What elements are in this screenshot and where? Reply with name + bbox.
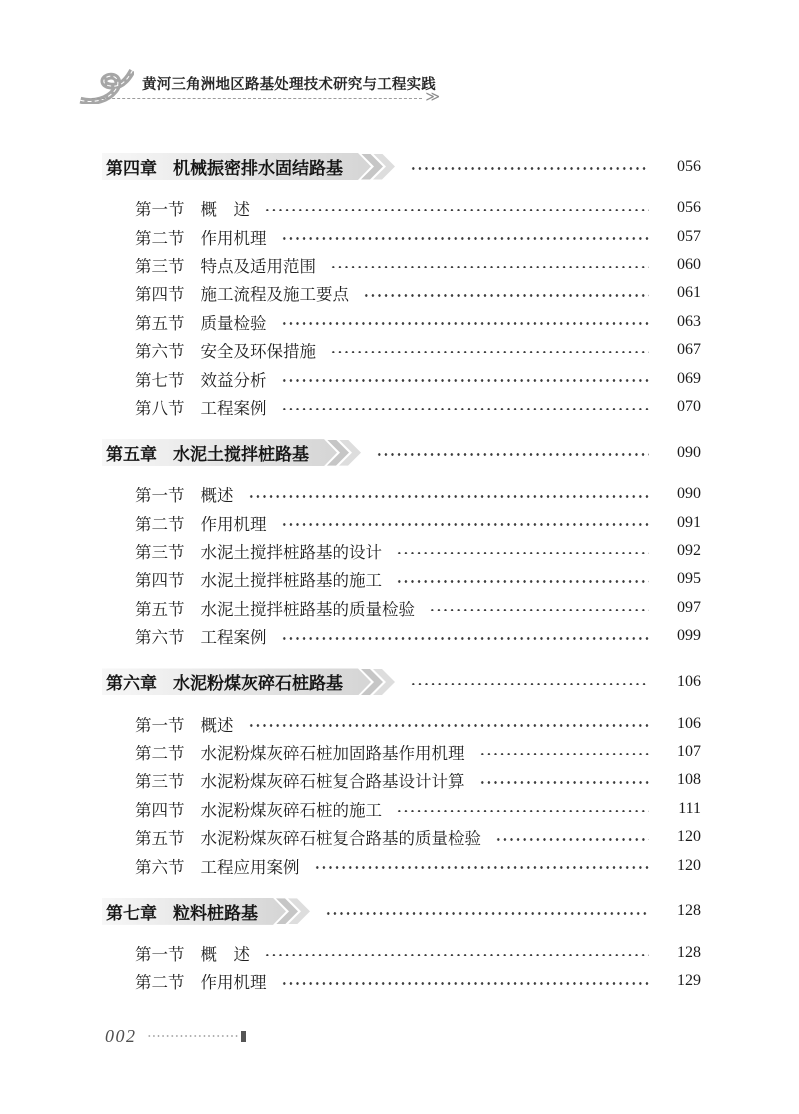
section-entry: 第一节 概 述 128 <box>102 939 701 967</box>
section-entry: 第一节 概 述 056 <box>102 194 701 222</box>
section-number: 第三节 <box>135 768 185 792</box>
section-title: 质量检验 <box>201 310 267 334</box>
page-header: 黄河三角洲地区路基处理技术研究与工程实践 ≫ <box>0 64 799 114</box>
dotted-leader <box>396 810 649 813</box>
section-page-number: 092 <box>659 542 701 560</box>
section-title: 水泥粉煤灰碎石桩加固路基作用机理 <box>201 740 465 764</box>
toc: 第四章 机械振密排水固结路基 056 第一节 概 述 056 第二节 作用机理 … <box>0 114 799 996</box>
chapter-block: 第四章 机械振密排水固结路基 056 第一节 概 述 056 第二节 作用机理 … <box>102 153 701 421</box>
section-page-number: 090 <box>659 485 701 503</box>
chapter-entry: 第四章 机械振密排水固结路基 056 <box>102 153 701 180</box>
double-chevron-icon: ≫ <box>425 89 440 105</box>
section-number: 第一节 <box>135 196 185 220</box>
chapter-number: 第五章 <box>106 440 157 465</box>
section-entry: 第四节 水泥粉煤灰碎石桩的施工 111 <box>102 795 701 823</box>
dotted-leader <box>325 912 649 915</box>
section-title: 水泥粉煤灰碎石桩的施工 <box>201 797 383 821</box>
section-number: 第二节 <box>135 740 185 764</box>
section-title: 概 述 <box>201 941 251 965</box>
chapter-block: 第七章 粒料桩路基 128 第一节 概 述 128 第二节 作用机理 129 <box>102 898 701 996</box>
section-number: 第一节 <box>135 712 185 736</box>
section-page-number: 120 <box>659 828 701 846</box>
dotted-leader <box>410 167 649 170</box>
folio-dotted-rule <box>147 1035 239 1037</box>
dotted-leader <box>281 637 650 640</box>
section-title: 水泥土搅拌桩路基的设计 <box>201 539 383 563</box>
dotted-leader <box>281 237 650 240</box>
section-page-number: 120 <box>659 857 701 875</box>
section-number: 第六节 <box>135 338 185 362</box>
section-title: 水泥土搅拌桩路基的质量检验 <box>201 596 416 620</box>
section-page-number: 091 <box>659 514 701 532</box>
dotted-leader <box>396 580 649 583</box>
chapter-page-number: 090 <box>659 444 701 462</box>
chapter-number: 第六章 <box>106 669 157 694</box>
section-number: 第六节 <box>135 854 185 878</box>
section-page-number: 128 <box>659 944 701 962</box>
dotted-leader <box>281 982 650 985</box>
section-number: 第二节 <box>135 225 185 249</box>
section-entry: 第二节 作用机理 091 <box>102 509 701 537</box>
chapter-band: 第四章 机械振密排水固结路基 <box>102 153 371 180</box>
section-title: 概 述 <box>201 196 251 220</box>
section-entry: 第六节 工程应用案例 120 <box>102 851 701 879</box>
chapter-title: 机械振密排水固结路基 <box>173 154 343 179</box>
section-page-number: 107 <box>659 743 701 761</box>
section-entry: 第三节 水泥粉煤灰碎石桩复合路基设计计算 108 <box>102 766 701 794</box>
section-number: 第六节 <box>135 624 185 648</box>
section-list: 第一节 概述 106 第二节 水泥粉煤灰碎石桩加固路基作用机理 107 第三节 … <box>102 709 701 879</box>
section-title: 概述 <box>201 482 234 506</box>
dotted-leader <box>264 209 649 212</box>
section-title: 工程案例 <box>201 624 267 648</box>
section-title: 水泥土搅拌桩路基的施工 <box>201 567 383 591</box>
book-title: 黄河三角洲地区路基处理技术研究与工程实践 <box>142 73 436 94</box>
section-list: 第一节 概述 090 第二节 作用机理 091 第三节 水泥土搅拌桩路基的设计 … <box>102 480 701 650</box>
dotted-leader <box>281 379 650 382</box>
section-page-number: 061 <box>659 284 701 302</box>
dotted-leader <box>410 683 649 686</box>
section-number: 第七节 <box>135 367 185 391</box>
section-entry: 第二节 水泥粉煤灰碎石桩加固路基作用机理 107 <box>102 738 701 766</box>
section-page-number: 099 <box>659 627 701 645</box>
dotted-leader <box>330 351 649 354</box>
section-page-number: 129 <box>659 972 701 990</box>
section-page-number: 108 <box>659 771 701 789</box>
section-number: 第一节 <box>135 941 185 965</box>
section-entry: 第四节 水泥土搅拌桩路基的施工 095 <box>102 565 701 593</box>
section-number: 第五节 <box>135 825 185 849</box>
section-number: 第八节 <box>135 395 185 419</box>
chapter-page-number: 128 <box>659 902 701 920</box>
chapter-title: 水泥粉煤灰碎石桩路基 <box>173 669 343 694</box>
section-number: 第四节 <box>135 797 185 821</box>
section-page-number: 111 <box>659 800 701 818</box>
dotted-leader <box>363 294 649 297</box>
section-list: 第一节 概 述 056 第二节 作用机理 057 第三节 特点及适用范围 060… <box>102 194 701 421</box>
section-title: 效益分析 <box>201 367 267 391</box>
section-page-number: 063 <box>659 313 701 331</box>
dotted-leader <box>281 408 650 411</box>
chapter-number: 第四章 <box>106 154 157 179</box>
section-number: 第三节 <box>135 539 185 563</box>
section-number: 第一节 <box>135 482 185 506</box>
section-title: 作用机理 <box>201 969 267 993</box>
chapter-title: 粒料桩路基 <box>173 899 258 924</box>
section-title: 概述 <box>201 712 234 736</box>
dotted-leader <box>281 322 650 325</box>
dotted-leader <box>330 266 649 269</box>
section-entry: 第六节 安全及环保措施 067 <box>102 336 701 364</box>
section-title: 水泥粉煤灰碎石桩复合路基设计计算 <box>201 768 465 792</box>
section-number: 第二节 <box>135 511 185 535</box>
section-page-number: 069 <box>659 370 701 388</box>
section-number: 第五节 <box>135 310 185 334</box>
section-title: 作用机理 <box>201 511 267 535</box>
section-number: 第三节 <box>135 253 185 277</box>
chapter-entry: 第七章 粒料桩路基 128 <box>102 898 701 925</box>
section-entry: 第三节 特点及适用范围 060 <box>102 251 701 279</box>
dotted-leader <box>264 954 649 957</box>
section-title: 工程案例 <box>201 395 267 419</box>
folio-number: 002 <box>105 1026 137 1047</box>
chapter-page-number: 106 <box>659 673 701 691</box>
dotted-leader <box>429 609 649 612</box>
section-page-number: 056 <box>659 199 701 217</box>
section-number: 第四节 <box>135 281 185 305</box>
dotted-leader <box>248 495 650 498</box>
section-page-number: 067 <box>659 341 701 359</box>
header-dashed-rule: ≫ <box>92 98 422 99</box>
section-entry: 第五节 质量检验 063 <box>102 308 701 336</box>
section-entry: 第五节 水泥粉煤灰碎石桩复合路基的质量检验 120 <box>102 823 701 851</box>
section-page-number: 097 <box>659 599 701 617</box>
section-entry: 第二节 作用机理 129 <box>102 967 701 995</box>
section-page-number: 095 <box>659 570 701 588</box>
page-footer: 002 <box>105 1026 799 1047</box>
dotted-leader <box>396 552 649 555</box>
section-entry: 第四节 施工流程及施工要点 061 <box>102 279 701 307</box>
section-entry: 第六节 工程案例 099 <box>102 622 701 650</box>
section-title: 工程应用案例 <box>201 854 300 878</box>
chapter-title: 水泥土搅拌桩路基 <box>173 440 309 465</box>
section-number: 第五节 <box>135 596 185 620</box>
dotted-leader <box>495 838 649 841</box>
section-title: 水泥粉煤灰碎石桩复合路基的质量检验 <box>201 825 482 849</box>
section-entry: 第三节 水泥土搅拌桩路基的设计 092 <box>102 537 701 565</box>
section-number: 第四节 <box>135 567 185 591</box>
section-page-number: 060 <box>659 256 701 274</box>
section-entry: 第八节 工程案例 070 <box>102 393 701 421</box>
dotted-leader <box>376 453 649 456</box>
chapter-entry: 第六章 水泥粉煤灰碎石桩路基 106 <box>102 668 701 695</box>
section-entry: 第五节 水泥土搅拌桩路基的质量检验 097 <box>102 594 701 622</box>
folio-end-cap <box>241 1031 246 1042</box>
section-title: 特点及适用范围 <box>201 253 317 277</box>
chapter-entry: 第五章 水泥土搅拌桩路基 090 <box>102 439 701 466</box>
chapter-page-number: 056 <box>659 158 701 176</box>
chapter-block: 第五章 水泥土搅拌桩路基 090 第一节 概述 090 第二节 作用机理 091… <box>102 439 701 650</box>
section-entry: 第一节 概述 106 <box>102 709 701 737</box>
toc-page: 黄河三角洲地区路基处理技术研究与工程实践 ≫ 第四章 机械振密排水固结路基 05… <box>0 0 799 1114</box>
chapter-band: 第五章 水泥土搅拌桩路基 <box>102 439 337 466</box>
section-list: 第一节 概 述 128 第二节 作用机理 129 <box>102 939 701 996</box>
section-page-number: 106 <box>659 715 701 733</box>
dotted-leader <box>248 724 650 727</box>
section-title: 安全及环保措施 <box>201 338 317 362</box>
dotted-leader <box>479 781 650 784</box>
section-number: 第二节 <box>135 969 185 993</box>
section-page-number: 070 <box>659 398 701 416</box>
section-entry: 第七节 效益分析 069 <box>102 364 701 392</box>
chapter-band: 第六章 水泥粉煤灰碎石桩路基 <box>102 668 371 695</box>
chapter-block: 第六章 水泥粉煤灰碎石桩路基 106 第一节 概述 106 第二节 水泥粉煤灰碎… <box>102 668 701 879</box>
dotted-leader <box>479 753 650 756</box>
section-title: 施工流程及施工要点 <box>201 281 350 305</box>
chapter-number: 第七章 <box>106 899 157 924</box>
dotted-leader <box>314 866 650 869</box>
section-title: 作用机理 <box>201 225 267 249</box>
chapter-band: 第七章 粒料桩路基 <box>102 898 286 925</box>
section-entry: 第一节 概述 090 <box>102 480 701 508</box>
section-entry: 第二节 作用机理 057 <box>102 222 701 250</box>
dotted-leader <box>281 523 650 526</box>
section-page-number: 057 <box>659 228 701 246</box>
